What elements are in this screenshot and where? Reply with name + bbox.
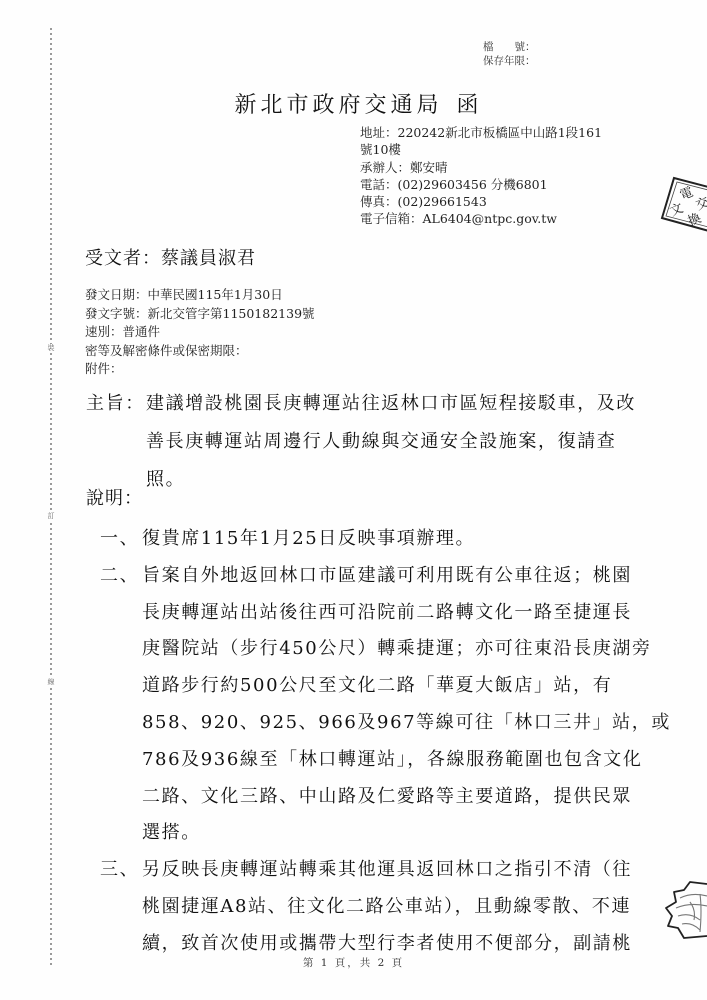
document-meta: 發文日期：中華民國115年1月30日 發文字號：新北交管字第1150182139… bbox=[85, 286, 315, 379]
handler: 承辦人：鄭安晴 bbox=[360, 159, 602, 176]
document-page: 裝 訂 線 檔 號： 保存年限： 新北市政府交通局函 地址：220242新北市板… bbox=[0, 0, 707, 1000]
item-body: 旨案自外地返回林口市區建議可利用既有公車往返；桃園 長庚轉運站出站後往西可沿院前… bbox=[142, 558, 640, 852]
subject-line: 照。 bbox=[146, 461, 631, 499]
item-number: 三、 bbox=[100, 852, 139, 889]
archive-info: 檔 號： 保存年限： bbox=[483, 40, 536, 68]
item-line: 道路步行約500公尺至文化二路「華夏大飯店」站，有 bbox=[142, 668, 640, 705]
svg-text:電: 電 bbox=[678, 185, 696, 204]
explanation-item-2: 二、 旨案自外地返回林口市區建議可利用既有公車往返；桃園 長庚轉運站出站後往西可… bbox=[100, 558, 640, 852]
email: 電子信箱：AL6404@ntpc.gov.tw bbox=[360, 210, 602, 227]
binding-mark-middle: 訂 bbox=[45, 512, 57, 520]
confidentiality: 密等及解密條件或保密期限： bbox=[85, 342, 315, 361]
item-line: 旨案自外地返回林口市區建議可利用既有公車往返；桃園 bbox=[142, 558, 640, 595]
item-line: 858、920、925、966及967等線可往「林口三井」站，或 bbox=[142, 705, 640, 742]
explanation-items: 一、 復貴席115年1月25日反映事項辦理。 二、 旨案自外地返回林口市區建議可… bbox=[100, 521, 640, 963]
explanation-item-3: 三、 另反映長庚轉運站轉乘其他運具返回林口之指引不清（往 桃園捷運A8站、往文化… bbox=[100, 852, 640, 962]
agency-name: 新北市政府交通局 bbox=[234, 93, 442, 118]
item-number: 一、 bbox=[100, 521, 139, 558]
attachments: 附件： bbox=[85, 360, 315, 379]
delivery-speed: 速別：普通件 bbox=[85, 323, 315, 342]
subject-line: 善長庚轉運站周邊行人動線與交通安全設施案，復請查 bbox=[146, 423, 631, 461]
recipient: 受文者：蔡議員淑君 bbox=[85, 244, 256, 270]
subject-text: 建議增設桃園長庚轉運站往返林口市區短程接駁車，及改 善長庚轉運站周邊行人動線與交… bbox=[146, 385, 631, 499]
item-line: 庚醫院站（步行450公尺）轉乘捷運；亦可往東沿長庚湖旁 bbox=[142, 631, 640, 668]
document-type: 函 bbox=[457, 93, 483, 118]
address-line-1: 地址：220242新北市板橋區中山路1段161 bbox=[360, 124, 602, 141]
sender-info: 地址：220242新北市板橋區中山路1段161 號10樓 承辦人：鄭安晴 電話：… bbox=[360, 124, 602, 228]
explanation-item-1: 一、 復貴席115年1月25日反映事項辦理。 bbox=[100, 521, 640, 558]
issue-date: 發文日期：中華民國115年1月30日 bbox=[85, 286, 315, 305]
retention-label: 保存年限： bbox=[483, 54, 536, 68]
item-line: 復貴席115年1月25日反映事項辦理。 bbox=[142, 521, 640, 558]
file-number-label: 檔 號： bbox=[483, 40, 536, 54]
binding-mark-bottom: 線 bbox=[45, 678, 57, 686]
explanation-label: 說明： bbox=[86, 484, 143, 510]
phone: 電話：(02)29603456 分機6801 bbox=[360, 176, 602, 193]
item-line: 另反映長庚轉運站轉乘其他運具返回林口之指引不清（往 bbox=[142, 852, 640, 889]
item-body: 另反映長庚轉運站轉乘其他運具返回林口之指引不清（往 桃園捷運A8站、往文化二路公… bbox=[142, 852, 640, 962]
item-line: 桃園捷運A8站、往文化二路公車站），且動線零散、不連 bbox=[142, 889, 640, 926]
item-line: 選搭。 bbox=[142, 815, 640, 852]
subject-line: 建議增設桃園長庚轉運站往返林口市區短程接駁車，及改 bbox=[146, 385, 631, 423]
binding-mark-top: 裝 bbox=[45, 344, 57, 352]
item-line: 786及936線至「林口轉運站」，各線服務範圍也包含文化 bbox=[142, 742, 640, 779]
item-number: 二、 bbox=[100, 558, 139, 595]
official-seal-icon bbox=[660, 880, 707, 940]
fax: 傳真：(02)29661543 bbox=[360, 193, 602, 210]
address-line-2: 號10樓 bbox=[360, 141, 602, 158]
document-number: 發文字號：新北交管字第1150182139號 bbox=[85, 305, 315, 324]
electronic-exchange-stamp-icon: 電 文 交 換 bbox=[660, 172, 707, 234]
item-line: 二路、文化三路、中山路及仁愛路等主要道路，提供民眾 bbox=[142, 779, 640, 816]
page-title: 新北市政府交通局函 bbox=[0, 88, 707, 119]
subject-label: 主旨： bbox=[86, 385, 145, 423]
page-indicator: 第 1 頁，共 2 頁 bbox=[0, 955, 707, 970]
binding-line bbox=[50, 28, 52, 968]
item-line: 長庚轉運站出站後往西可沿院前二路轉文化一路至捷運長 bbox=[142, 595, 640, 632]
item-body: 復貴席115年1月25日反映事項辦理。 bbox=[142, 521, 640, 558]
